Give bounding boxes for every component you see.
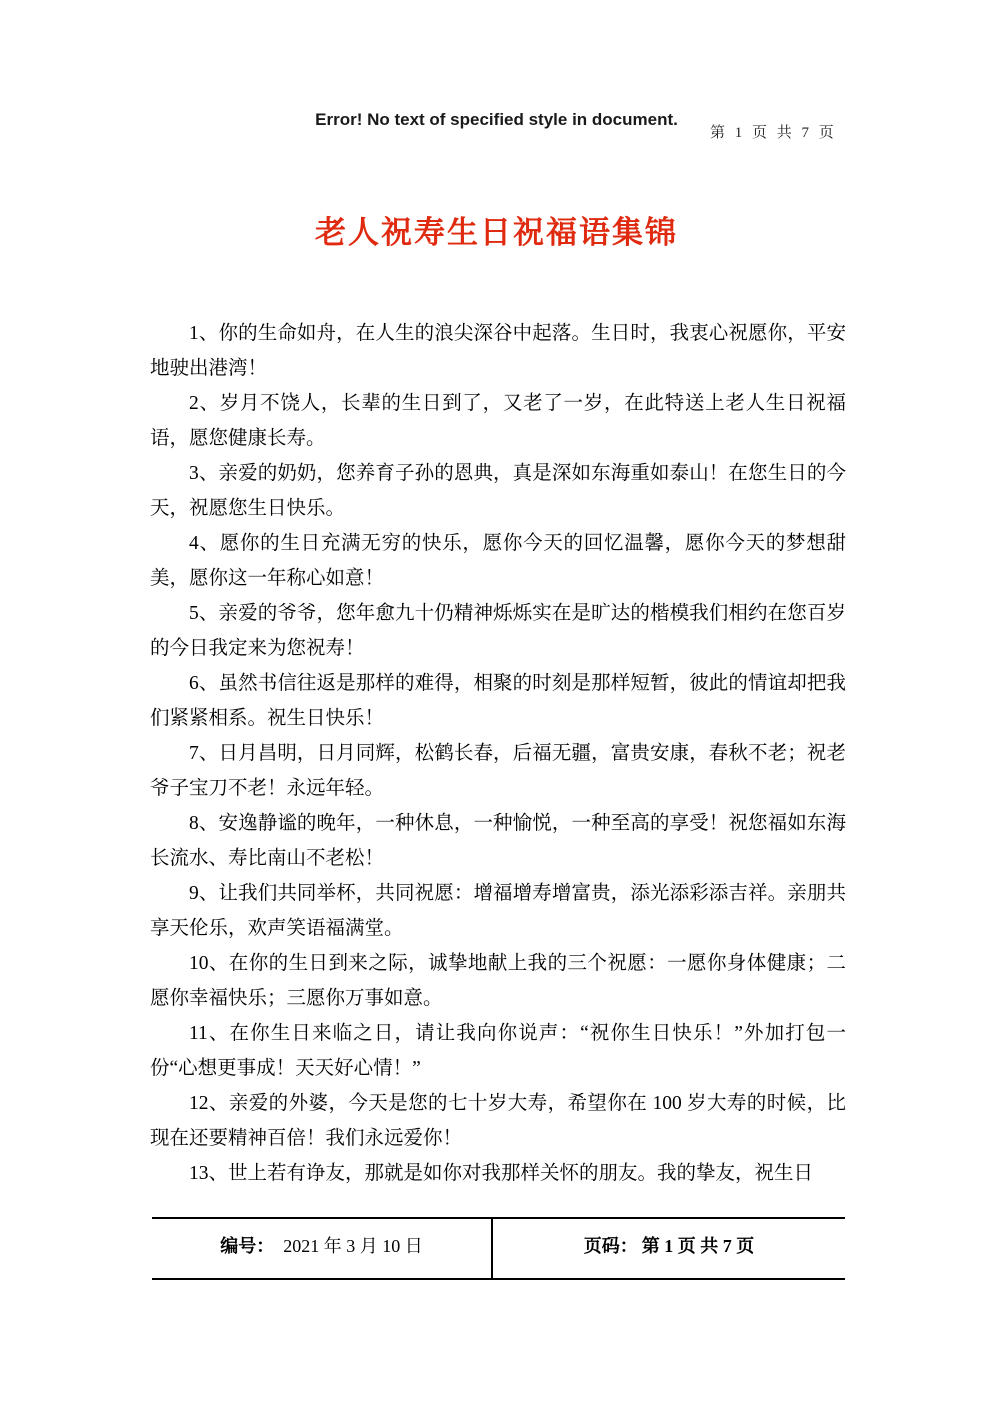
- paragraph: 2、岁月不饶人，长辈的生日到了，又老了一岁，在此特送上老人生日祝福语，愿您健康长…: [150, 386, 846, 456]
- page-title: 老人祝寿生日祝福语集锦: [0, 213, 993, 253]
- footer-id-label: 编号：: [220, 1232, 274, 1258]
- paragraph: 1、你的生命如舟，在人生的浪尖深谷中起落。生日时，我衷心祝愿你，平安地驶出港湾！: [150, 316, 846, 386]
- paragraph: 9、让我们共同举杯，共同祝愿：增福增寿增富贵，添光添彩添吉祥。亲朋共享天伦乐，欢…: [150, 876, 846, 946]
- paragraph: 5、亲爱的爷爷，您年愈九十仍精神烁烁实在是旷达的楷模我们相约在您百岁的今日我定来…: [150, 596, 846, 666]
- paragraph: 10、在你的生日到来之际，诚挚地献上我的三个祝愿：一愿你身体健康；二愿你幸福快乐…: [150, 946, 846, 1016]
- paragraph: 11、在你生日来临之日，请让我向你说声：“祝你生日快乐！”外加打包一份“心想更事…: [150, 1016, 846, 1086]
- paragraph: 8、安逸静谧的晚年，一种休息，一种愉悦，一种至高的享受！祝您福如东海长流水、寿比…: [150, 806, 846, 876]
- footer-table: 编号： 2021 年 3 月 10 日 页码： 第 1 页 共 7 页: [152, 1217, 845, 1280]
- paragraph: 3、亲爱的奶奶，您养育子孙的恩典，真是深如东海重如泰山！在您生日的今天，祝愿您生…: [150, 456, 846, 526]
- footer-cell-page: 页码： 第 1 页 共 7 页: [493, 1219, 845, 1278]
- paragraph: 13、世上若有诤友，那就是如你对我那样关怀的朋友。我的挚友，祝生日: [150, 1156, 846, 1191]
- document-body: 1、你的生命如舟，在人生的浪尖深谷中起落。生日时，我衷心祝愿你，平安地驶出港湾！…: [150, 316, 846, 1191]
- paragraph: 12、亲爱的外婆，今天是您的七十岁大寿，希望你在 100 岁大寿的时候，比现在还…: [150, 1086, 846, 1156]
- footer-cell-id: 编号： 2021 年 3 月 10 日: [152, 1219, 493, 1278]
- footer-id-value: 2021 年 3 月 10 日: [283, 1232, 423, 1258]
- header-error-text: Error! No text of specified style in doc…: [0, 110, 993, 130]
- paragraph: 4、愿你的生日充满无穷的快乐，愿你今天的回忆温馨，愿你今天的梦想甜美，愿你这一年…: [150, 526, 846, 596]
- footer-page-label: 页码：: [584, 1232, 638, 1258]
- paragraph: 7、日月昌明，日月同辉，松鹤长春，后福无疆，富贵安康，春秋不老；祝老爷子宝刀不老…: [150, 736, 846, 806]
- document-page: Error! No text of specified style in doc…: [0, 0, 993, 1404]
- footer-page-value: 第 1 页 共 7 页: [642, 1232, 755, 1258]
- paragraph: 6、虽然书信往返是那样的难得，相聚的时刻是那样短暂，彼此的情谊却把我们紧紧相系。…: [150, 666, 846, 736]
- header-page-indicator: 第 1 页 共 7 页: [710, 121, 837, 142]
